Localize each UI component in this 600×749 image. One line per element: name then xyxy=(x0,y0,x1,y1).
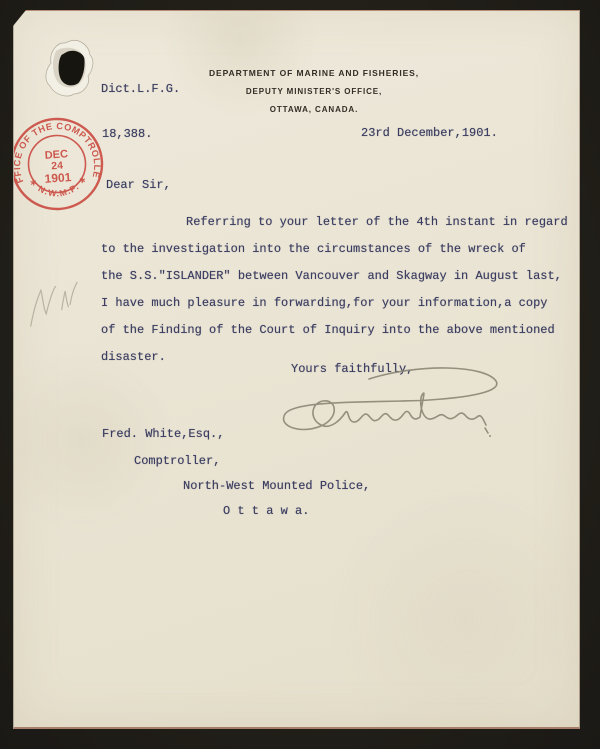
body-line: I have much pleasure in forwarding,for y… xyxy=(101,296,547,310)
body-line: the S.S."ISLANDER" between Vancouver and… xyxy=(101,269,562,283)
recipient-title: Comptroller, xyxy=(134,454,220,468)
file-number: 18,388. xyxy=(102,127,152,141)
letter-page: DEPARTMENT OF MARINE AND FISHERIES, DEPU… xyxy=(13,10,580,729)
comptroller-date-stamp: OFFICE OF THE COMPTROLLER ∗ N.W.M.P. ∗ D… xyxy=(13,116,105,212)
hole-punch xyxy=(38,35,102,107)
body-line: of the Finding of the Court of Inquiry i… xyxy=(101,323,555,337)
signature xyxy=(269,367,519,442)
body-line: Referring to your letter of the 4th inst… xyxy=(186,215,568,229)
letterhead-city: OTTAWA, CANADA. xyxy=(164,105,464,114)
stamp-date-year: 1901 xyxy=(44,170,72,186)
letter-date: 23rd December,1901. xyxy=(361,126,498,140)
body-line: disaster. xyxy=(101,350,166,364)
recipient-name: Fred. White,Esq., xyxy=(102,427,224,441)
body-line: to the investigation into the circumstan… xyxy=(101,242,526,256)
letterhead-department: DEPARTMENT OF MARINE AND FISHERIES, xyxy=(164,68,464,78)
salutation: Dear Sir, xyxy=(106,178,171,192)
pencil-initials xyxy=(22,279,82,331)
recipient-city: O t t a w a. xyxy=(223,504,309,518)
letterhead-office: DEPUTY MINISTER'S OFFICE, xyxy=(164,87,464,96)
recipient-organization: North-West Mounted Police, xyxy=(183,479,370,493)
dictation-reference: Dict.L.F.G. xyxy=(101,82,180,96)
